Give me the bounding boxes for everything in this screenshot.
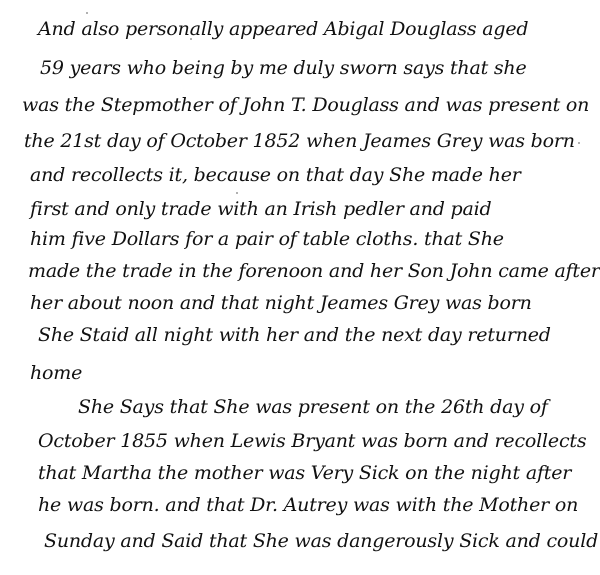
text-line: made the trade in the forenoon and her S… bbox=[28, 260, 600, 282]
text-line: that Martha the mother was Very Sick on … bbox=[38, 462, 571, 484]
paper-speck bbox=[236, 192, 238, 194]
text-line: She Staid all night with her and the nex… bbox=[38, 324, 551, 346]
text-line: he was born. and that Dr. Autrey was wit… bbox=[38, 494, 578, 516]
text-line: the 21st day of October 1852 when Jeames… bbox=[24, 130, 575, 152]
paper-speck bbox=[190, 38, 192, 40]
text-line: and recollects it, because on that day S… bbox=[30, 164, 521, 186]
text-line: Sunday and Said that She was dangerously… bbox=[44, 530, 598, 552]
text-line: her about noon and that night Jeames Gre… bbox=[30, 292, 532, 314]
paper-speck bbox=[578, 142, 580, 144]
text-line: first and only trade with an Irish pedle… bbox=[30, 198, 491, 220]
handwritten-document-page: And also personally appeared Abigal Doug… bbox=[0, 0, 600, 575]
text-line: October 1855 when Lewis Bryant was born … bbox=[38, 430, 586, 452]
text-line: was the Stepmother of John T. Douglass a… bbox=[22, 94, 589, 116]
text-line: And also personally appeared Abigal Doug… bbox=[38, 18, 528, 40]
text-line: She Says that She was present on the 26t… bbox=[78, 396, 548, 418]
paper-speck bbox=[86, 12, 88, 14]
text-line: home bbox=[30, 362, 82, 384]
text-line: him five Dollars for a pair of table clo… bbox=[30, 228, 504, 250]
text-line: 59 years who being by me duly sworn says… bbox=[40, 57, 527, 79]
